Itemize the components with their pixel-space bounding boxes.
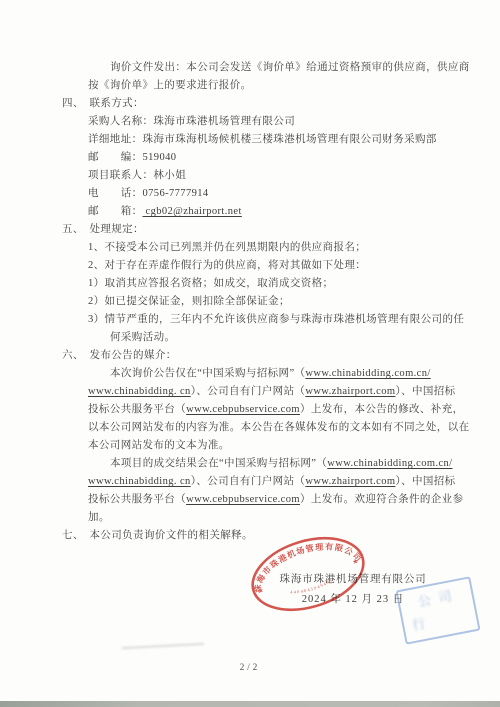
link-text[interactable]: www.chinabidding.com.cn/: [327, 458, 452, 469]
doc-line: www.chinabidding. cn）、公司自有门户网站（www.zhair…: [88, 473, 500, 491]
text-segment: ）、公司自有门户网站（: [191, 386, 306, 397]
text-segment: 本项目的成交结果会在“中国采购与招标网”（: [110, 458, 327, 469]
doc-line: 邮 箱： cgb02@zhairport.net: [88, 203, 500, 221]
doc-line: 本次询价公告仅在“中国采购与招标网”（www.chinabidding.com.…: [110, 365, 500, 383]
text-segment: 2）如已提交保证金，则扣除全部保证金；: [88, 296, 290, 307]
doc-line: 1、不接受本公司已列黑并仍在列黑期限内的供应商报名；: [88, 239, 500, 257]
doc-line: 本公司网站发布的文本为准。: [88, 437, 500, 455]
text-segment: 六、 发布公告的媒介：: [62, 350, 177, 361]
text-segment: ）、中国招标: [395, 476, 455, 487]
text-segment: 七、 本公司负责询价文件的相关解释。: [62, 530, 253, 541]
text-segment: 四、 联系方式：: [62, 98, 144, 109]
text-segment: 加。: [88, 512, 110, 523]
signature-company-name: 珠海市珠港机场管理有限公司: [276, 570, 430, 590]
doc-line: 采购人名称：珠海市珠港机场管理有限公司: [88, 113, 500, 131]
link-text[interactable]: www.chinabidding. cn: [88, 476, 191, 487]
text-segment: 按《询价单》上的要求进行报价。: [88, 80, 252, 91]
text-segment: 本次询价公告仅在“中国采购与招标网”（: [110, 368, 305, 379]
scan-smudge: [122, 643, 204, 649]
text-segment: 邮 箱：: [88, 206, 143, 217]
doc-line: 邮 编：519040: [88, 149, 500, 167]
doc-line: 询价文件发出：本公司会发送《询价单》给通过资格预审的供应商，供应商: [110, 59, 500, 77]
link-text[interactable]: www.zhairport.com: [305, 386, 395, 397]
text-segment: 1、不接受本公司已列黑并仍在列黑期限内的供应商报名；: [88, 242, 366, 253]
text-segment: 以本公司网站发布的内容为准。本公告在各媒体发布的文本如有不同之处，以在: [88, 422, 470, 433]
doc-line: 1）取消其应答报名资格；如成交，取消成交资格；: [88, 275, 500, 293]
text-segment: 采购人名称：珠海市珠港机场管理有限公司: [88, 116, 295, 127]
text-segment: 本公司网站发布的文本为准。: [88, 440, 230, 451]
seal-left-star-icon: ★: [257, 586, 265, 595]
doc-line: 项目联系人：林小姐: [88, 167, 500, 185]
link-text[interactable]: cgb02@zhairport.net: [143, 206, 242, 217]
doc-line: 2）如已提交保证金，则扣除全部保证金；: [88, 293, 500, 311]
text-segment: 投标公共服务平台（: [88, 494, 186, 505]
doc-line: 五、 处理规定：: [62, 221, 500, 239]
link-text[interactable]: www.chinabidding.com.cn/: [305, 368, 430, 379]
text-segment: ）上发布。欢迎符合条件的企业参: [300, 494, 464, 505]
text-segment: ）上发布，本公告的修改、补充，: [300, 404, 464, 415]
text-segment: 投标公共服务平台（: [88, 404, 186, 415]
doc-line: 加。: [88, 509, 500, 527]
link-text[interactable]: www.chinabidding. cn: [88, 386, 191, 397]
doc-line: www.chinabidding. cn）、公司自有门户网站（www.zhair…: [88, 383, 500, 401]
scan-bottom-edge: [0, 701, 500, 707]
signature-block: 珠海市珠港机场管理有限公司 2024 年 12 月 23 日: [276, 570, 430, 610]
text-segment: 询价文件发出：本公司会发送《询价单》给通过资格预审的供应商，供应商: [110, 62, 470, 73]
doc-line: 六、 发布公告的媒介：: [62, 347, 500, 365]
doc-line: 详细地址：珠海市珠海机场候机楼三楼珠港机场管理有限公司财务采购部: [88, 131, 500, 149]
doc-line: 3）情节严重的，三年内不允许该供应商参与珠海市珠港机场管理有限公司的任: [88, 311, 500, 329]
doc-line: 投标公共服务平台（www.cebpubservice.com）上发布。欢迎符合条…: [88, 491, 500, 509]
text-segment: ）、中国招标: [395, 386, 455, 397]
text-segment: 电 话：0756-7777914: [88, 188, 209, 199]
text-segment: 五、 处理规定：: [62, 224, 144, 235]
text-segment: 项目联系人：林小姐: [88, 170, 186, 181]
signature-date: 2024 年 12 月 23 日: [276, 590, 430, 610]
doc-line: 何采购活动。: [110, 329, 500, 347]
link-text[interactable]: www.zhairport.com: [305, 476, 395, 487]
text-segment: 3）情节严重的，三年内不允许该供应商参与珠海市珠港机场管理有限公司的任: [88, 314, 464, 325]
doc-line: 七、 本公司负责询价文件的相关解释。: [62, 527, 500, 545]
doc-line: 以本公司网站发布的内容为准。本公告在各媒体发布的文本如有不同之处，以在: [88, 419, 500, 437]
page-number: 2/2: [0, 662, 500, 672]
doc-line: 2、对于存在弄虚作假行为的供应商，将对其做如下处理：: [88, 257, 500, 275]
text-segment: 2、对于存在弄虚作假行为的供应商，将对其做如下处理：: [88, 260, 366, 271]
text-segment: 1）取消其应答报名资格；如成交，取消成交资格；: [88, 278, 333, 289]
doc-line: 本项目的成交结果会在“中国采购与招标网”（www.chinabidding.co…: [110, 455, 500, 473]
document-body: 询价文件发出：本公司会发送《询价单》给通过资格预审的供应商，供应商按《询价单》上…: [0, 59, 500, 545]
doc-line: 四、 联系方式：: [62, 95, 500, 113]
link-text[interactable]: www.cebpubservice.com: [186, 404, 300, 415]
text-segment: 何采购活动。: [110, 332, 175, 343]
scanned-document-page: 询价文件发出：本公司会发送《询价单》给通过资格预审的供应商，供应商按《询价单》上…: [0, 0, 500, 707]
text-segment: ）、公司自有门户网站（: [191, 476, 306, 487]
doc-line: 电 话：0756-7777914: [88, 185, 500, 203]
text-segment: 详细地址：珠海市珠海机场候机楼三楼珠港机场管理有限公司财务采购部: [88, 134, 437, 145]
text-segment: 邮 编：519040: [88, 152, 176, 163]
link-text[interactable]: www.cebpubservice.com: [186, 494, 300, 505]
seal-right-star-icon: ★: [351, 557, 359, 566]
doc-line: 按《询价单》上的要求进行报价。: [88, 77, 500, 95]
doc-line: 投标公共服务平台（www.cebpubservice.com）上发布，本公告的修…: [88, 401, 500, 419]
